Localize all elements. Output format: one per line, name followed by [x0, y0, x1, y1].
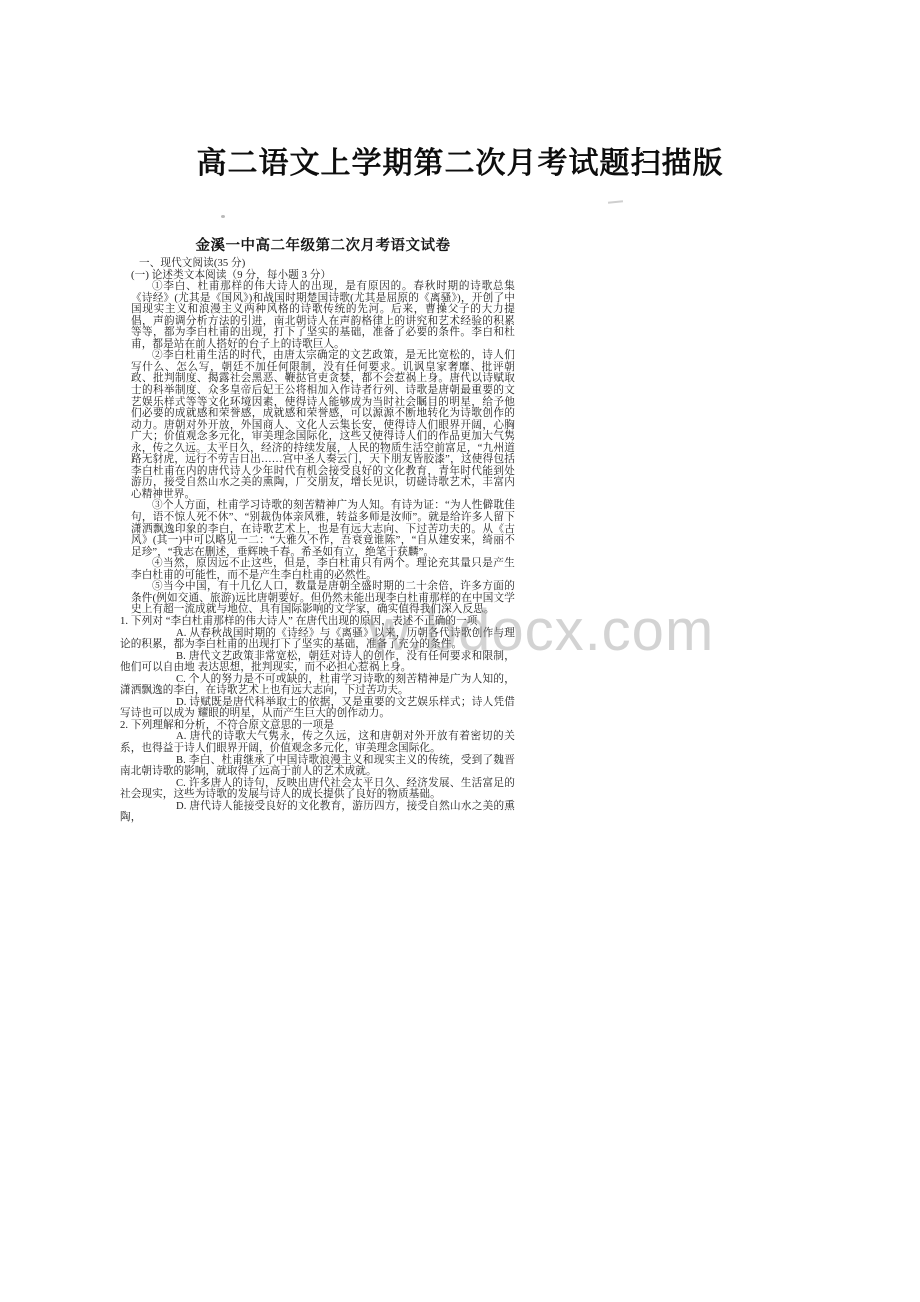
- question-2-option-c: C. 许多唐人的诗句，反映出唐代社会太平日久、经济发展、生活富足的社会现实，这些…: [120, 778, 515, 801]
- question-1-option-a: A. 从春秋战国时期的《诗经》与《离骚》以来，历朝各代诗歌创作与理论的积累，都为…: [120, 628, 515, 651]
- question-2-stem: 2. 下列理解和分析，不符合原文意思的一项是: [120, 720, 515, 732]
- page-title: 高二语文上学期第二次月考试题扫描版: [0, 0, 920, 182]
- question-1-stem: 1. 下列对 “李白杜甫那样的伟大诗人” 在唐代出现的原因，表述不正确的一项: [120, 616, 515, 628]
- question-2-option-b: B. 李白、杜甫继承了中国诗歌浪漫主义和现实主义的传统，受到了魏晋南北朝诗歌的影…: [120, 755, 515, 778]
- exam-paragraph-4: ④当然，原因远不止这些，但是，李白杜甫只有两个。理论充其量只是产生李白杜甫的可能…: [131, 558, 515, 581]
- exam-paper-title: 金溪一中高二年级第二次月考语文试卷: [131, 234, 515, 255]
- question-2-option-a: A. 唐代的诗歌大气隽永，传之久远，这和唐朝对外开放有着密切的关系，也得益于诗人…: [120, 731, 515, 754]
- question-1-option-c: C. 个人的努力是不可或缺的，杜甫学习诗歌的刻苦精神是广为人知的，潇洒飘逸的李白…: [120, 674, 515, 697]
- question-2-option-d: D. 唐代诗人能接受良好的文化教育，游历四方，接受自然山水之美的熏陶，: [120, 801, 515, 824]
- exam-paragraph-2: ②李白杜甫生活的时代，由唐太宗确定的文艺政策，是无比宽松的，诗人们写什么、怎么写…: [131, 350, 515, 500]
- question-1-option-b: B. 唐代文艺政策非常宽松，朝廷对诗人的创作，没有任何要求和限制，他们可以自由地…: [120, 651, 515, 674]
- scan-artifact: [221, 215, 225, 218]
- exam-paragraph-3: ③个人方面，杜甫学习诗歌的刻苦精神广为人知。有诗为证：“为人性僻耽佳句，语不惊人…: [131, 500, 515, 558]
- exam-paragraph-5: ⑤当今中国，有十几亿人口，数量是唐朝全盛时期的二十余倍，许多方面的条件(例如交通…: [131, 581, 515, 616]
- exam-subsection-heading: (一) 论述类文本阅读（9 分，每小题 3 分）: [131, 270, 515, 282]
- exam-section-heading: 一、现代文阅读(35 分): [139, 258, 515, 270]
- scan-artifact: [608, 200, 623, 204]
- question-1-option-d: D. 诗赋既是唐代科举取士的依据，又是重要的文艺娱乐样式；诗人凭借写诗也可以成为…: [120, 697, 515, 720]
- scanned-exam-image: 金溪一中高二年级第二次月考语文试卷 一、现代文阅读(35 分) (一) 论述类文…: [131, 234, 515, 824]
- exam-paragraph-1: ①李白、杜甫那样的伟大诗人的出现，是有原因的。春秋时期的诗歌总集《诗经》(尤其是…: [131, 281, 515, 350]
